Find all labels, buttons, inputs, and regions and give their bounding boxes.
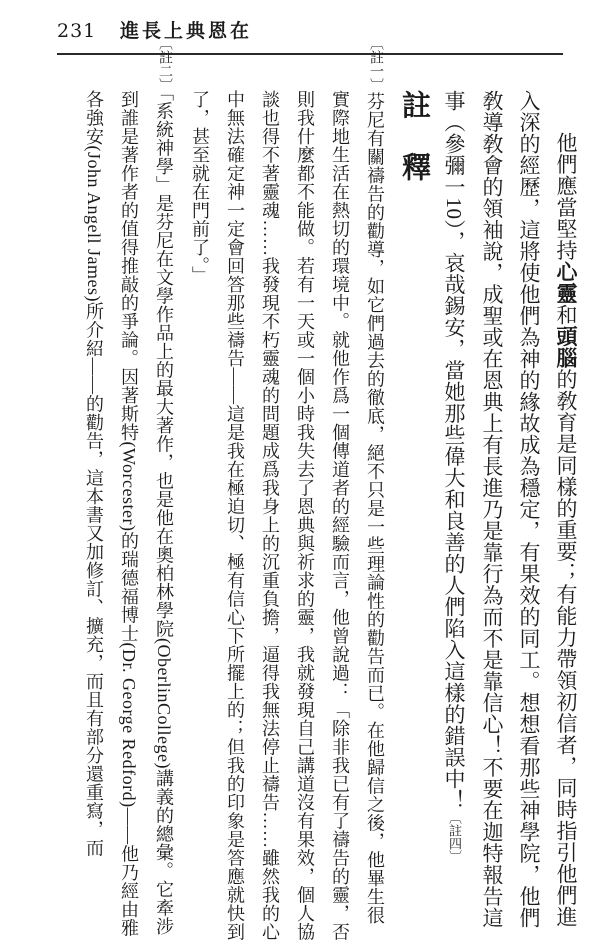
note-four-reference: 〔註四〕 xyxy=(447,811,462,863)
main-paragraph: 他們應當堅持心靈和頭腦的敎育是同樣的重要；有能力帶領初信者，同時指引他們進入深的… xyxy=(435,90,584,942)
emphasis-mind: 頭腦 xyxy=(554,326,578,369)
note-2-marker: 〔註二〕 xyxy=(157,36,172,92)
header-rule xyxy=(57,53,563,55)
note-2-text: 「系統神學」是芬尼在文學作品上的最大著作，也是他在奧柏林學院(OberlinCo… xyxy=(84,90,174,937)
emphasis-heart: 心靈 xyxy=(554,261,578,304)
main-text-2: 和 xyxy=(554,304,578,326)
note-1-marker: 〔註一〕 xyxy=(368,36,383,92)
book-page: 231 進長上典恩在 他們應當堅持心靈和頭腦的敎育是同樣的重要；有能力帶領初信者… xyxy=(0,0,600,948)
section-heading: 註 釋 xyxy=(393,90,435,942)
page-content: 他們應當堅持心靈和頭腦的敎育是同樣的重要；有能力帶領初信者，同時指引他們進入深的… xyxy=(12,90,584,942)
main-text-1: 他們應當堅持 xyxy=(554,132,578,261)
note-1: 〔註一〕芬尼有關禱告的勸導，如它們過去的徹底，絕不只是一些理論性的勸告而已。在他… xyxy=(182,90,393,942)
note-2: 〔註二〕「系統神學」是芬尼在文學作品上的最大著作，也是他在奧柏林學院(Oberl… xyxy=(76,90,182,942)
note-1-text: 芬尼有關禱告的勸導，如它們過去的徹底，絕不只是一些理論性的勸告而已。在他歸信之後… xyxy=(190,90,385,941)
page-number: 231 xyxy=(57,20,96,42)
running-title: 進長上典恩在 xyxy=(120,21,252,42)
